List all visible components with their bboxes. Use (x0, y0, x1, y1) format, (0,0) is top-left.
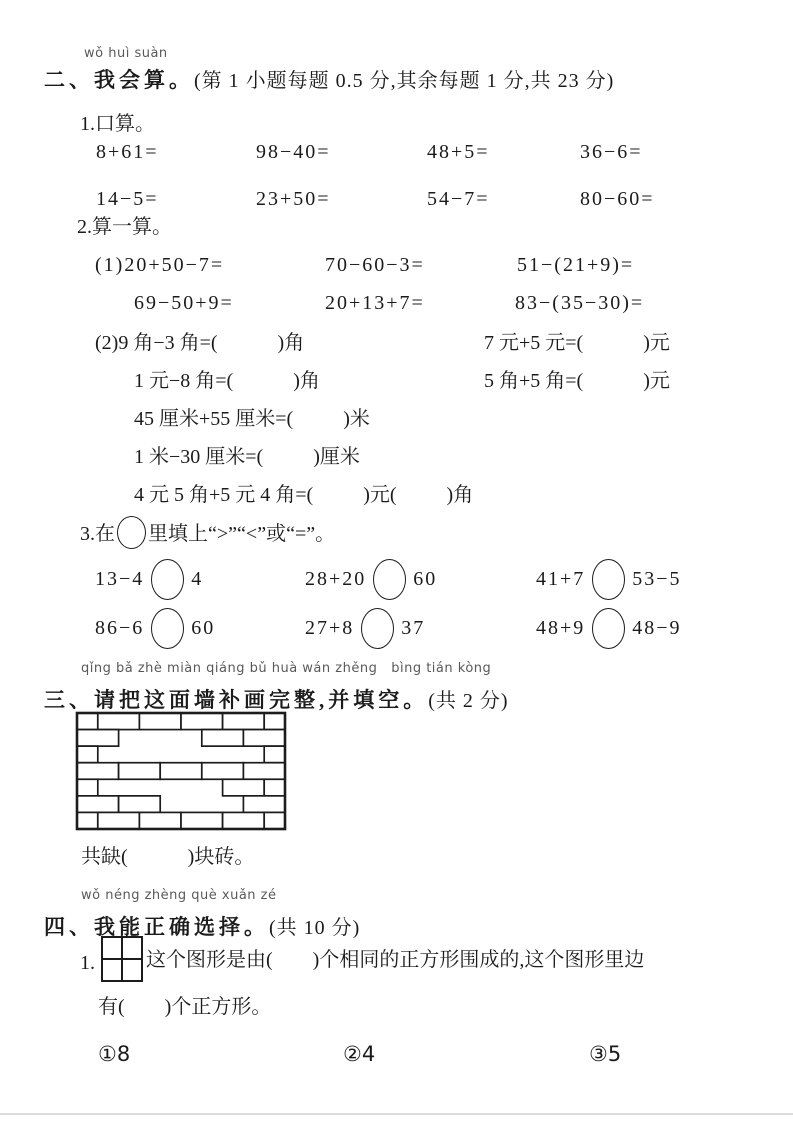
oral-calc-item: 98−40= (256, 140, 331, 165)
calc-item: 83−(35−30)= (515, 291, 644, 316)
oral-calc-item: 8+61= (96, 140, 159, 165)
section4-points: (共 10 分) (269, 917, 360, 939)
unit-calc-item: 7 元+5 元=( )元 (484, 331, 670, 356)
section3-title: 三、请把这面墙补画完整,并填空。 (44, 688, 428, 712)
section2-heading: 二、我会算。(第 1 小题每题 0.5 分,其余每题 1 分,共 23 分) (44, 64, 614, 94)
choice-question-line2: 有( )个正方形。 (98, 995, 271, 1020)
oral-calc-item: 54−7= (427, 187, 490, 212)
oral-calc-item: 14−5= (96, 187, 159, 212)
blank-circle-icon (117, 516, 146, 549)
choice-question-line1: 这个图形是由( )个相同的正方形围成的,这个图形里边 (146, 948, 644, 973)
section4-heading: 四、我能正确选择。(共 10 分) (44, 911, 360, 941)
q2-label: 2.算一算。 (77, 215, 172, 240)
section3-pinyin: qǐng bǎ zhè miàn qiáng bǔ huà wán zhěng … (81, 661, 491, 676)
unit-calc-item: 5 角+5 角=( )元 (484, 369, 670, 394)
section2-points: (第 1 小题每题 0.5 分,其余每题 1 分,共 23 分) (194, 70, 614, 92)
unit-calc-item: 1 元−8 角=( )角 (134, 369, 320, 394)
oral-calc-item: 36−6= (580, 140, 643, 165)
oral-calc-item: 23+50= (256, 187, 331, 212)
section2-pinyin: wǒ huì suàn (84, 46, 168, 61)
wall-fill-blank: 共缺( )块砖。 (81, 845, 254, 870)
section4-title: 四、我能正确选择。 (44, 915, 269, 939)
oral-calc-item: 48+5= (427, 140, 490, 165)
brick-wall-figure (75, 711, 287, 831)
comparison-item: 27+837 (305, 605, 425, 651)
answer-circle (361, 608, 394, 649)
unit-calc-item: 4 元 5 角+5 元 4 角=( )元( )角 (134, 483, 473, 508)
answer-circle (592, 559, 625, 600)
comparison-item: 13−44 (95, 556, 203, 602)
comparison-item: 28+2060 (305, 556, 437, 602)
q1-label: 1.口算。 (80, 112, 155, 137)
comparison-item: 48+948−9 (536, 605, 682, 651)
oral-calc-item: 80−60= (580, 187, 655, 212)
calc-item: 20+13+7= (325, 291, 425, 316)
calc-item: 70−60−3= (325, 253, 425, 278)
unit-calc-item: 1 米−30 厘米=( )厘米 (134, 445, 360, 470)
page-bottom-rule (0, 1113, 793, 1115)
option-3: ③5 (589, 1042, 621, 1066)
answer-circle (373, 559, 406, 600)
comparison-item: 41+753−5 (536, 556, 682, 602)
comparison-item: 86−660 (95, 605, 215, 651)
section4-pinyin: wǒ néng zhèng què xuǎn zé (81, 888, 276, 903)
answer-circle (592, 608, 625, 649)
q1-number: 1. (80, 951, 95, 976)
calc-item: 69−50+9= (134, 291, 234, 316)
section3-points: (共 2 分) (428, 690, 508, 712)
square-grid-figure (100, 935, 146, 985)
option-1: ①8 (98, 1042, 130, 1066)
q3-label: 3.在里填上“>”“<”或“=”。 (80, 516, 335, 549)
unit-calc-item: 45 厘米+55 厘米=( )米 (134, 407, 370, 432)
section3-heading: 三、请把这面墙补画完整,并填空。(共 2 分) (44, 684, 509, 714)
calc-item: (1)20+50−7= (95, 253, 224, 278)
section2-title: 二、我会算。 (44, 68, 194, 92)
option-2: ②4 (343, 1042, 375, 1066)
unit-calc-item: (2)9 角−3 角=( )角 (95, 331, 304, 356)
answer-circle (151, 608, 184, 649)
answer-circle (151, 559, 184, 600)
worksheet-page: wǒ huì suàn 二、我会算。(第 1 小题每题 0.5 分,其余每题 1… (0, 0, 793, 1122)
calc-item: 51−(21+9)= (517, 253, 634, 278)
